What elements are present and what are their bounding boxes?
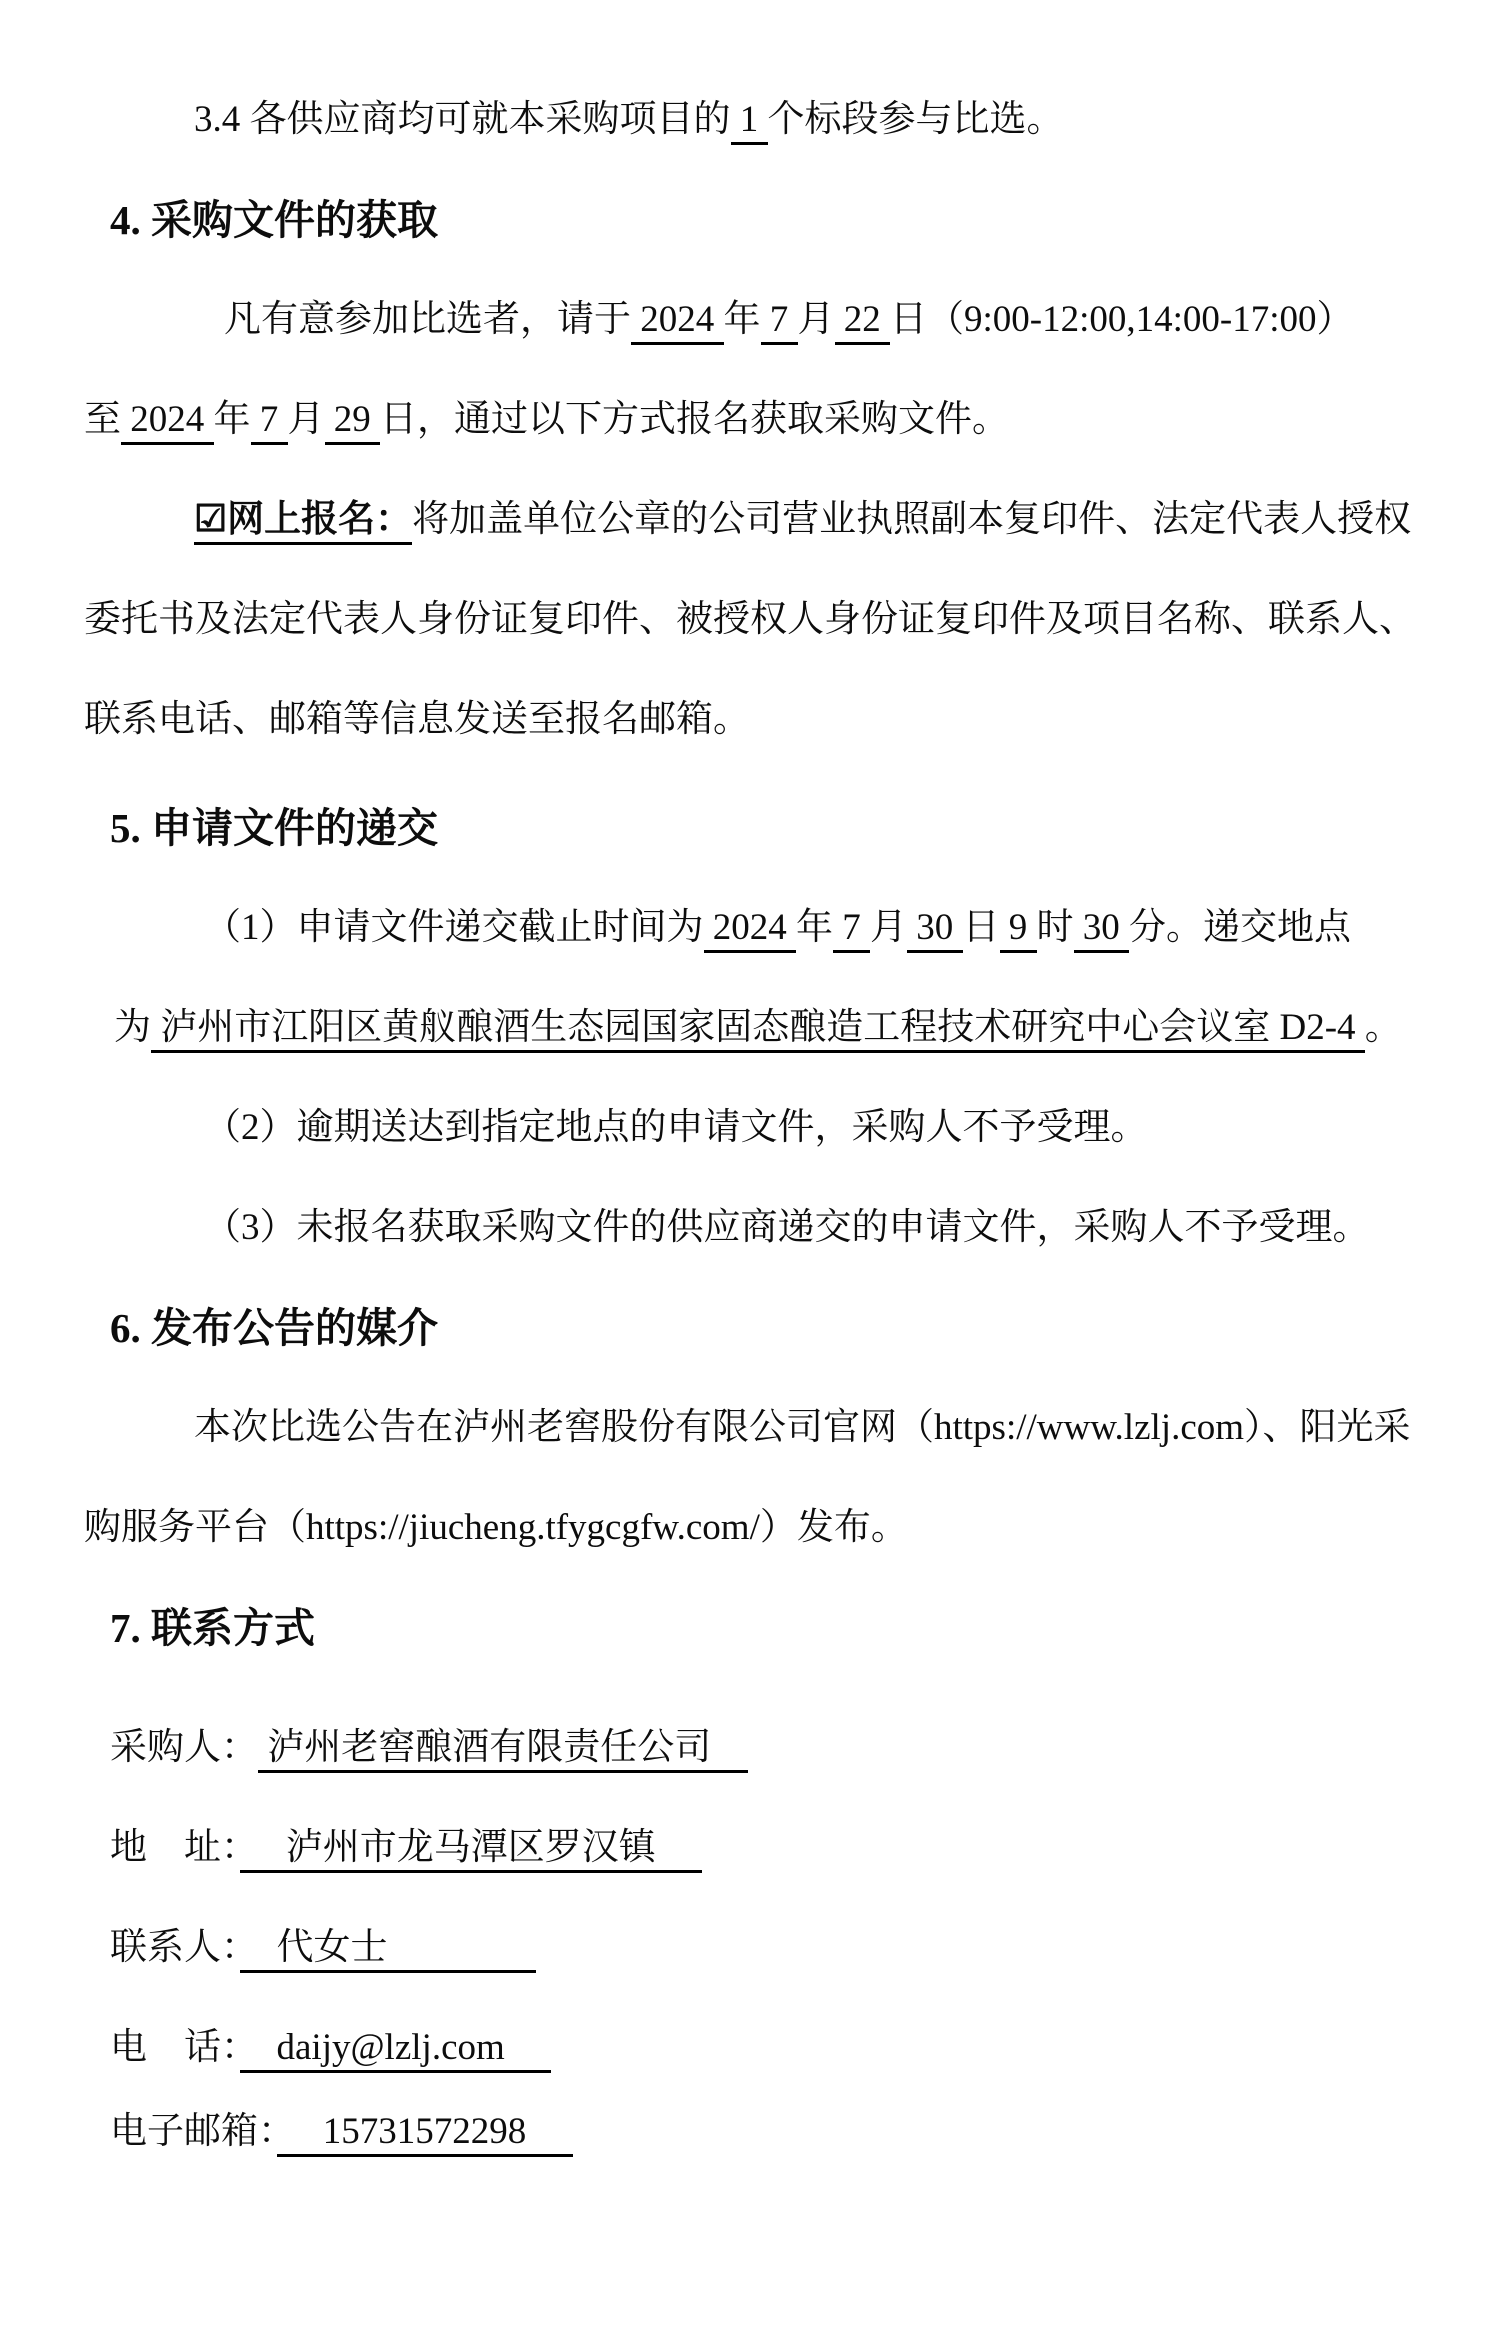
text-segment: 地 址： <box>110 1827 240 1868</box>
text-segment: 联系人： <box>110 1927 240 1968</box>
text-segment: （2）逾期送达到指定地点的申请文件，采购人不予受理。 <box>204 1107 1148 1148</box>
item-5-1-line-2: 为 泸州市江阳区黄舣酿酒生态园国家固态酿造工程技术研究中心会议室 D2-4 。 <box>84 978 1440 1078</box>
text-segment: 7. 联系方式 <box>110 1605 315 1651</box>
underlined-text: 1 <box>731 99 768 145</box>
text-segment: 6. 发布公告的媒介 <box>110 1305 438 1351</box>
para-media-line-2: 购服务平台（https://jiucheng.tfygcgfw.com/）发布。 <box>84 1478 1440 1578</box>
contact-email: 电子邮箱： 15731572298 <box>84 2082 1440 2182</box>
underlined-text: 22 <box>835 299 891 345</box>
text-segment: 日，通过以下方式报名获取采购文件。 <box>380 399 1009 440</box>
heading-section-4: 4. 采购文件的获取 <box>84 170 1440 270</box>
underlined-text: 泸州市龙马潭区罗汉镇 <box>240 1827 703 1873</box>
text-segment: 凡有意参加比选者，请于 <box>224 299 631 340</box>
text-segment: 月 <box>288 399 325 440</box>
document-content: 3.4 各供应商均可就本采购项目的 1 个标段参与比选。4. 采购文件的获取凡有… <box>0 0 1500 2182</box>
text-segment: 电 话： <box>110 2027 240 2068</box>
text-segment: 为 <box>114 1007 151 1048</box>
text-segment: 将加盖单位公章的公司营业执照副本复印件、法定代表人授权 <box>412 499 1411 540</box>
underlined-text: 泸州市江阳区黄舣酿酒生态园国家固态酿造工程技术研究中心会议室 D2-4 <box>151 1007 1365 1053</box>
text-segment: （3）未报名获取采购文件的供应商递交的申请文件，采购人不予受理。 <box>204 1207 1370 1248</box>
contact-purchaser: 采购人： 泸州老窖酿酒有限责任公司 <box>84 1698 1440 1798</box>
text-segment: 。 <box>1365 1007 1402 1048</box>
para-obtain-line-1: 凡有意参加比选者，请于 2024 年 7 月 22 日（9:00-12:00,1… <box>84 270 1440 370</box>
text-segment: 4. 采购文件的获取 <box>110 197 438 243</box>
contact-address: 地 址： 泸州市龙马潭区罗汉镇 <box>84 1798 1440 1898</box>
item-3-4: 3.4 各供应商均可就本采购项目的 1 个标段参与比选。 <box>84 70 1440 170</box>
underlined-text: 30 <box>1074 907 1130 953</box>
para-obtain-line-2: 至 2024 年 7 月 29 日，通过以下方式报名获取采购文件。 <box>84 370 1440 470</box>
para-online-signup-line-1: ☑网上报名：将加盖单位公章的公司营业执照副本复印件、法定代表人授权 <box>84 470 1440 570</box>
underlined-text: 7 <box>833 907 870 953</box>
para-online-signup-line-2: 委托书及法定代表人身份证复印件、被授权人身份证复印件及项目名称、联系人、 <box>84 570 1440 670</box>
underlined-text: 2024 <box>121 399 214 445</box>
text-segment: 月 <box>870 907 907 948</box>
item-5-3: （3）未报名获取采购文件的供应商递交的申请文件，采购人不予受理。 <box>84 1178 1440 1278</box>
underlined-text: 7 <box>761 299 798 345</box>
underlined-text: ☑网上报名： <box>194 499 412 545</box>
heading-section-5: 5. 申请文件的递交 <box>84 778 1440 878</box>
heading-section-7: 7. 联系方式 <box>84 1578 1440 1678</box>
para-online-signup-line-3: 联系电话、邮箱等信息发送至报名邮箱。 <box>84 670 1440 770</box>
text-segment: 采购人： <box>110 1727 258 1768</box>
text-segment: 日（9:00-12:00,14:00-17:00） <box>890 299 1354 340</box>
underlined-text: 2024 <box>704 907 797 953</box>
item-5-1-line-1: （1）申请文件递交截止时间为 2024 年 7 月 30 日 9 时 30 分。… <box>84 878 1440 978</box>
underlined-text: 9 <box>1000 907 1037 953</box>
text-segment: 年 <box>796 907 833 948</box>
contact-person: 联系人： 代女士 <box>84 1898 1440 1998</box>
underlined-text: 2024 <box>631 299 724 345</box>
text-segment: 联系电话、邮箱等信息发送至报名邮箱。 <box>84 699 750 740</box>
underlined-text: daijy@lzlj.com <box>240 2027 552 2073</box>
underlined-text: 29 <box>325 399 381 445</box>
heading-section-6: 6. 发布公告的媒介 <box>84 1278 1440 1378</box>
item-5-2: （2）逾期送达到指定地点的申请文件，采购人不予受理。 <box>84 1078 1440 1178</box>
text-segment: 购服务平台（https://jiucheng.tfygcgfw.com/）发布。 <box>84 1507 908 1548</box>
text-segment: 分。递交地点 <box>1129 907 1351 948</box>
para-media-line-1: 本次比选公告在泸州老窖股份有限公司官网（https://www.lzlj.com… <box>84 1378 1440 1478</box>
text-segment: 委托书及法定代表人身份证复印件、被授权人身份证复印件及项目名称、联系人、 <box>84 599 1416 640</box>
text-segment: 5. 申请文件的递交 <box>110 805 438 851</box>
text-segment: 至 <box>84 399 121 440</box>
underlined-text: 15731572298 <box>277 2111 573 2157</box>
text-segment: 日 <box>963 907 1000 948</box>
text-segment: 时 <box>1037 907 1074 948</box>
text-segment: 电子邮箱： <box>110 2111 277 2152</box>
document-page: 3.4 各供应商均可就本采购项目的 1 个标段参与比选。4. 采购文件的获取凡有… <box>0 0 1500 2352</box>
text-segment: 个标段参与比选。 <box>768 99 1064 140</box>
text-segment: 月 <box>798 299 835 340</box>
underlined-text: 泸州老窖酿酒有限责任公司 <box>258 1727 748 1773</box>
underlined-text: 7 <box>251 399 288 445</box>
underlined-text: 30 <box>907 907 963 953</box>
text-segment: 年 <box>724 299 761 340</box>
text-segment: 3.4 各供应商均可就本采购项目的 <box>194 99 731 140</box>
text-segment: （1）申请文件递交截止时间为 <box>204 907 704 948</box>
text-segment: 本次比选公告在泸州老窖股份有限公司官网（https://www.lzlj.com… <box>194 1407 1411 1448</box>
underlined-text: 代女士 <box>240 1927 536 1973</box>
text-segment: 年 <box>214 399 251 440</box>
